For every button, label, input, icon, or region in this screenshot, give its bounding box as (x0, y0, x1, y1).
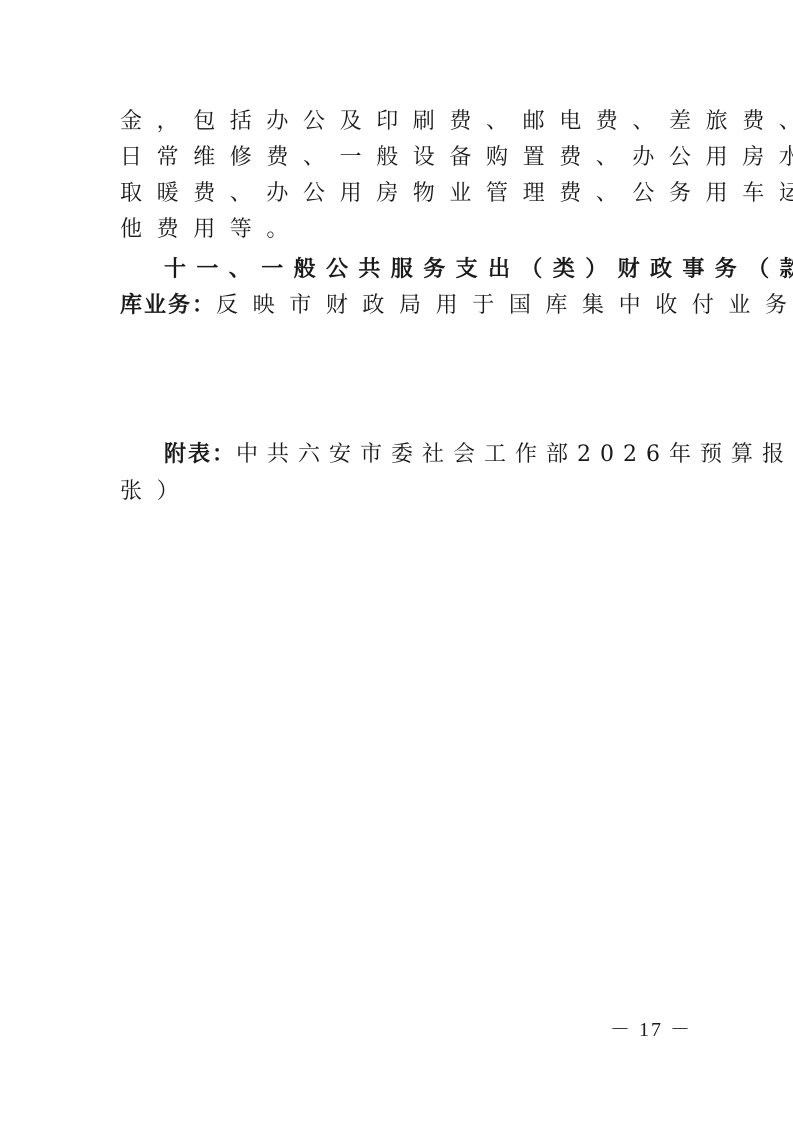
appendix-label: 附表： (164, 442, 236, 467)
page-number: － 17 － (606, 1018, 696, 1042)
section-heading-continuation: 库业务： (120, 293, 216, 318)
section-description: 反映市财政局用于国库集中收付业务方面的支出。 (216, 293, 793, 318)
body-text-line: 取暖费、办公用房物业管理费、公务用车运行维护费以及其 (120, 181, 680, 207)
body-text-line: 他费用等。 (120, 217, 680, 243)
appendix-line-continued: 张） (120, 479, 680, 505)
appendix-text: 中共六安市委社会工作部2026年预算报表（14 (236, 442, 793, 467)
body-text-line: 金，包括办公及印刷费、邮电费、差旅费、会议费、福利费、 (120, 109, 680, 135)
section-heading: 十一、一般公共服务支出（类）财政事务（款）财政国 (164, 257, 724, 283)
section-body: 库业务：反映市财政局用于国库集中收付业务方面的支出。 (120, 293, 680, 319)
body-text-line: 日常维修费、一般设备购置费、办公用房水电费、办公用房 (120, 145, 680, 171)
appendix-line: 附表：中共六安市委社会工作部2026年预算报表（14 (164, 442, 724, 468)
document-page: 金，包括办公及印刷费、邮电费、差旅费、会议费、福利费、 日常维修费、一般设备购置… (0, 0, 793, 1122)
